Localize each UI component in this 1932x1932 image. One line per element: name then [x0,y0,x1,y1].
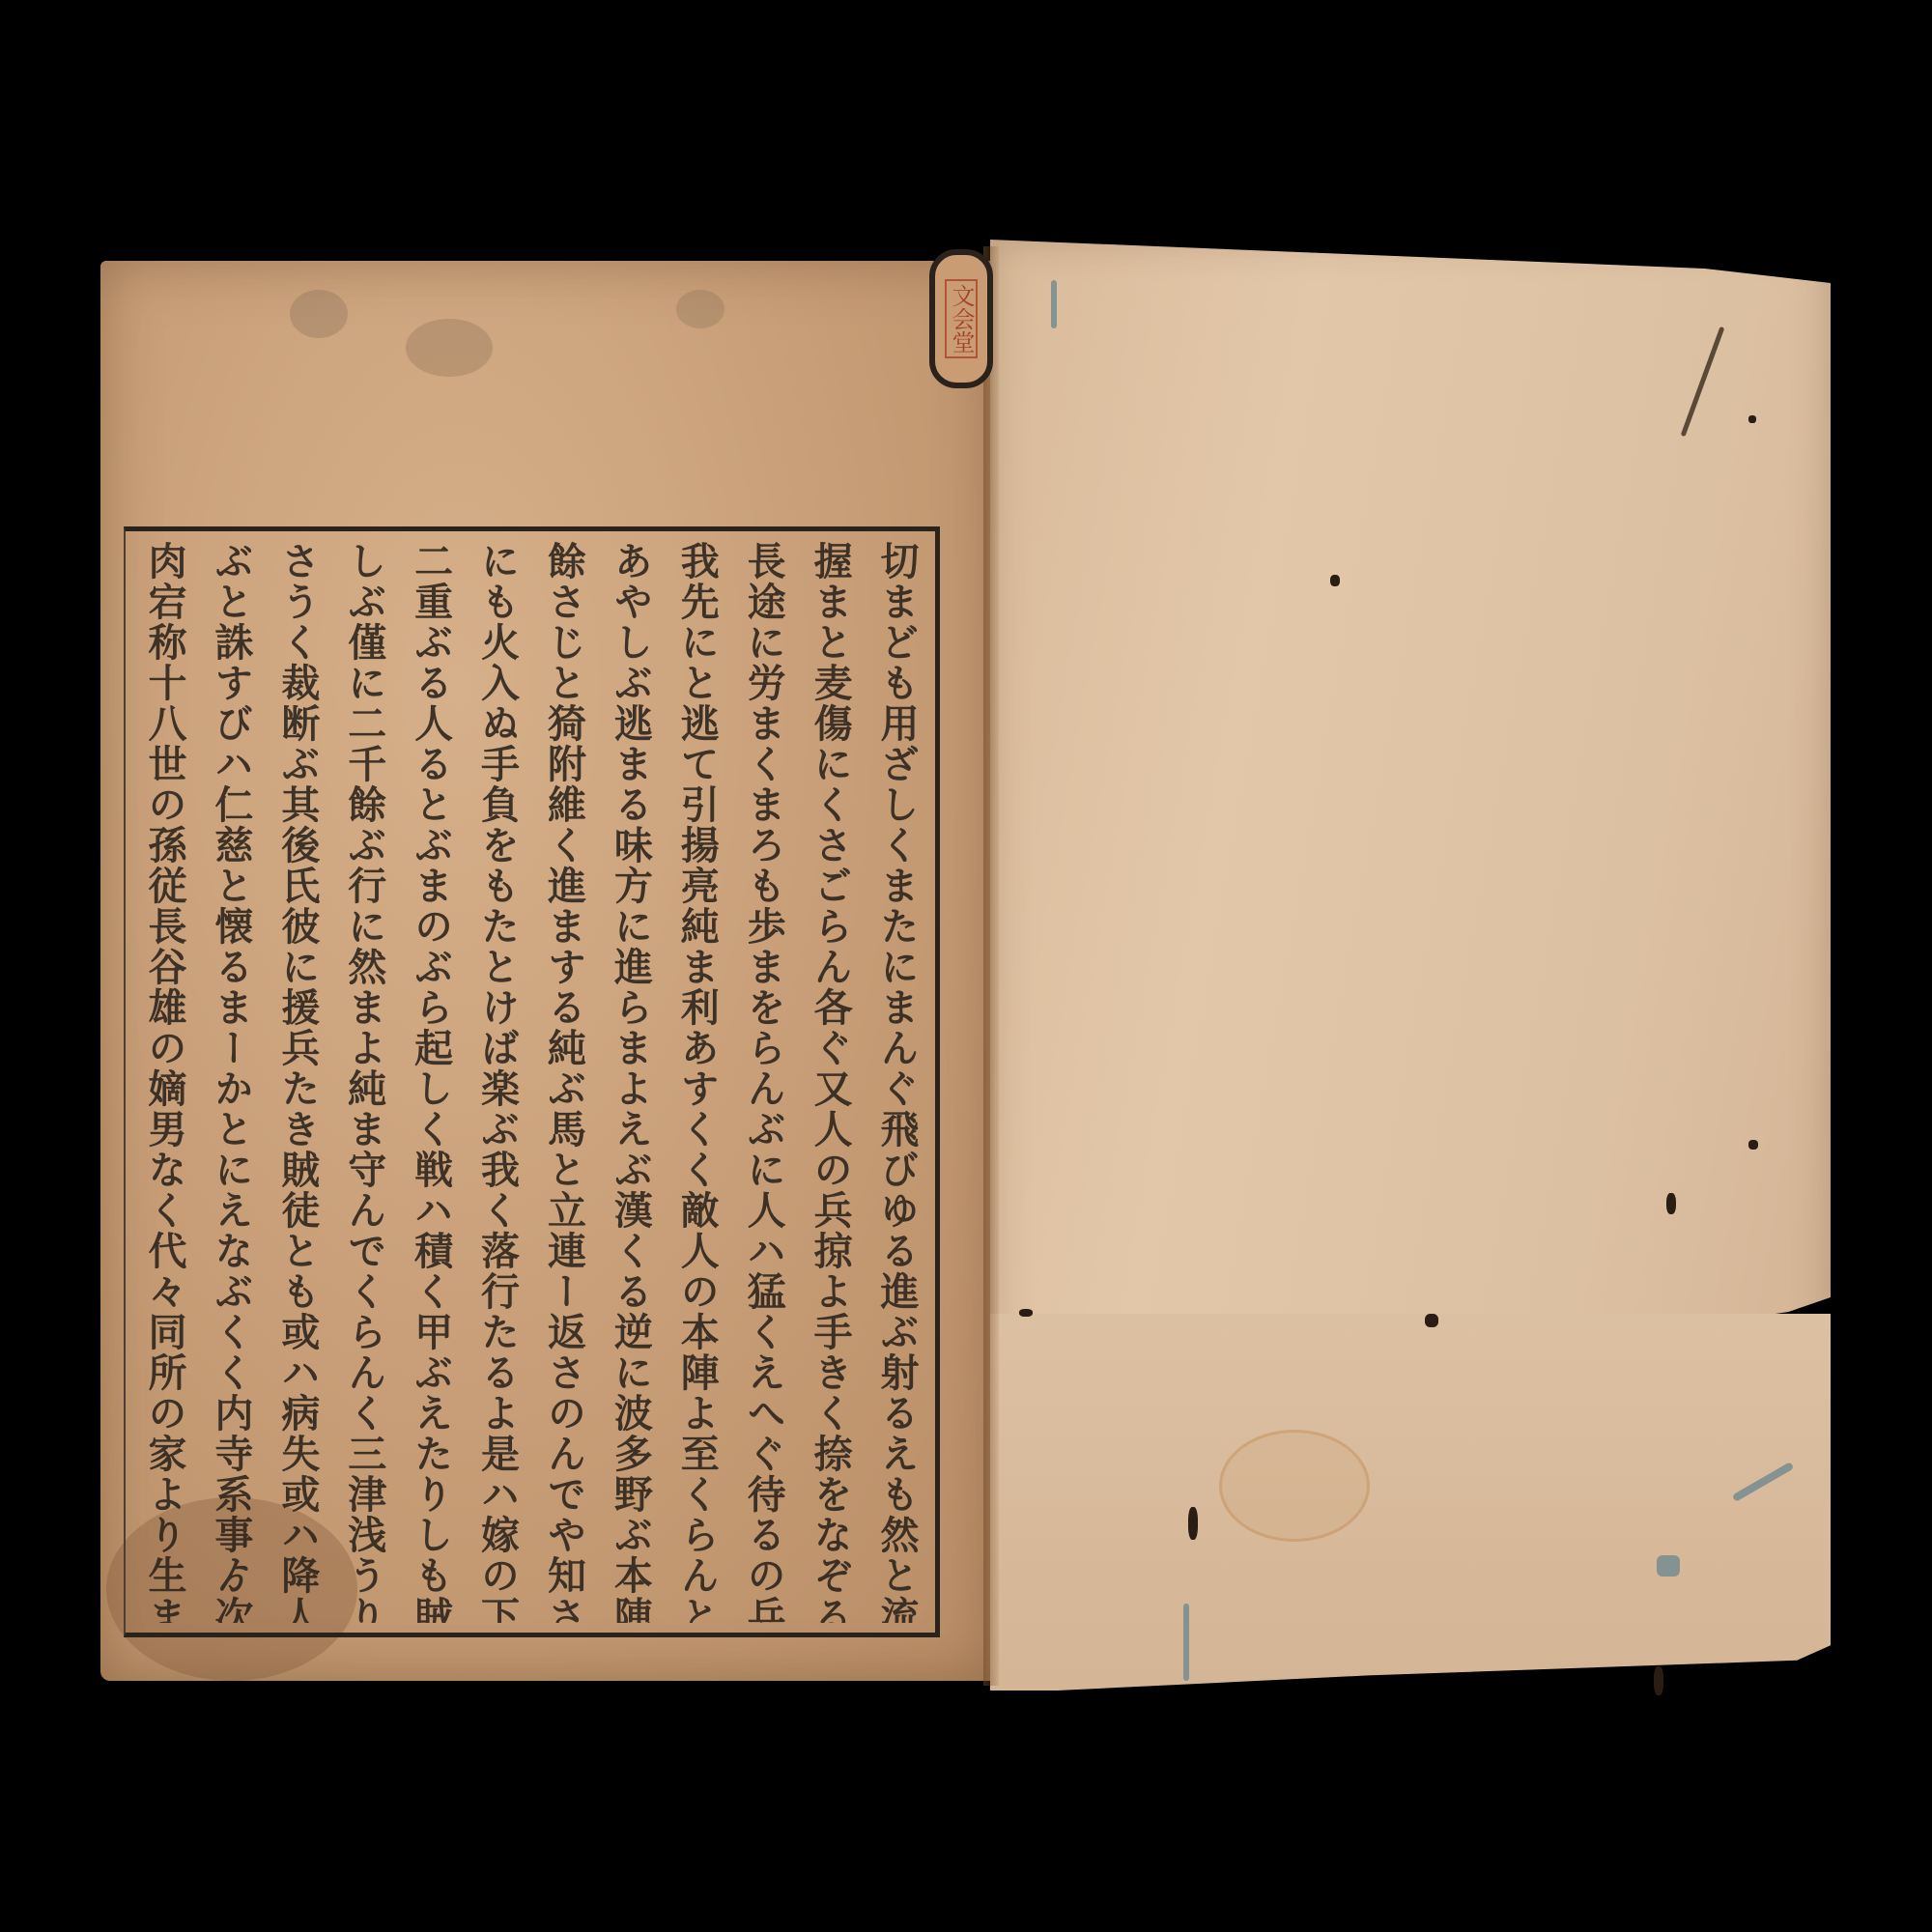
worm-hole [1748,415,1756,423]
foxing-stain [406,319,493,377]
right-page-lower [990,1314,1831,1690]
text-column: ぶと誅すびハ仁慈と懐るまーかとにえなぶくく内寺系事ゟ次に付き消ぶ [206,541,256,1623]
blue-fiber [1051,280,1057,328]
foxing-stain [290,290,348,338]
worm-hole [1188,1507,1198,1540]
worm-hole [1330,575,1340,586]
blue-fiber [1657,1555,1680,1577]
text-columns: 切まども用ざしくまたにまんぐ飛びゆる進ぶ射るえも然と流失に掬掖と射 握まと麦傷に… [139,541,922,1623]
water-stain [1219,1430,1370,1542]
text-column: 二重ぶる人るとぶまのぶら起しく戦ハ積く甲ぶえたりしも賊軍ハ百餘人を吹 [406,541,456,1623]
text-column: にも火入ぬ手負をもたとけば楽ぶ我く落行たるよ是ハ嫁の下より三津の浅陵つ [472,541,523,1623]
text-column: さうく裁断ぶ其後氏彼に援兵たき賊徒とも或ハ病失或ハ降人よ出るかく所 [272,541,323,1623]
text-column: あやしぶ逃まる味方に進らまよえぶ漢くる逆に波多野ぶ本陣軍状机一念 [605,541,655,1623]
worm-hole [1748,1140,1758,1150]
worm-hole [1654,1666,1663,1695]
text-column: 長途に労まくまろも歩まをらんぶに人ハ猛くえへぐ待るの兵ハ金まら造ゆ [738,541,788,1623]
printed-text-frame: 切まども用ざしくまたにまんぐ飛びゆる進ぶ射るえも然と流失に掬掖と射 握まと麦傷に… [124,526,940,1637]
worm-hole [1425,1314,1438,1327]
text-column: 肉宕称十八世の孫従長谷雄の嫡男なく代々同所の家より生まれ於希庫あすまま [139,541,189,1623]
text-column: 我先にと逃て引揚亮純ま利あすくく敵人の本陣よ至くらんと旗をすゝめく [671,541,722,1623]
text-column: 切まども用ざしくまたにまんぐ飛びゆる進ぶ射るえも然と流失に掬掖と射 [871,541,922,1623]
publisher-seal: 文会堂 [929,249,993,388]
book-gutter [983,246,999,1686]
text-column: 餘さじと猗附維く進まする純ぶ馬と立連ー返さのんでや知さとぞもかく次年 [538,541,588,1623]
worm-hole [1666,1193,1676,1214]
foxing-stain [676,290,724,328]
worm-hole [1019,1309,1033,1317]
text-column: しぶ僅に二千餘ぶ行に然まよ純ま守んでくらんく三津浅うり小舩まふとく纏ぶく [339,541,389,1623]
seal-text: 文会堂 [945,279,978,358]
blue-fiber [1183,1604,1189,1681]
text-column: 握まと麦傷にくさごらん各ぐ又人の兵掠よ手きく捺をなぞるよまみるよの逆光るら歎 [805,541,855,1623]
